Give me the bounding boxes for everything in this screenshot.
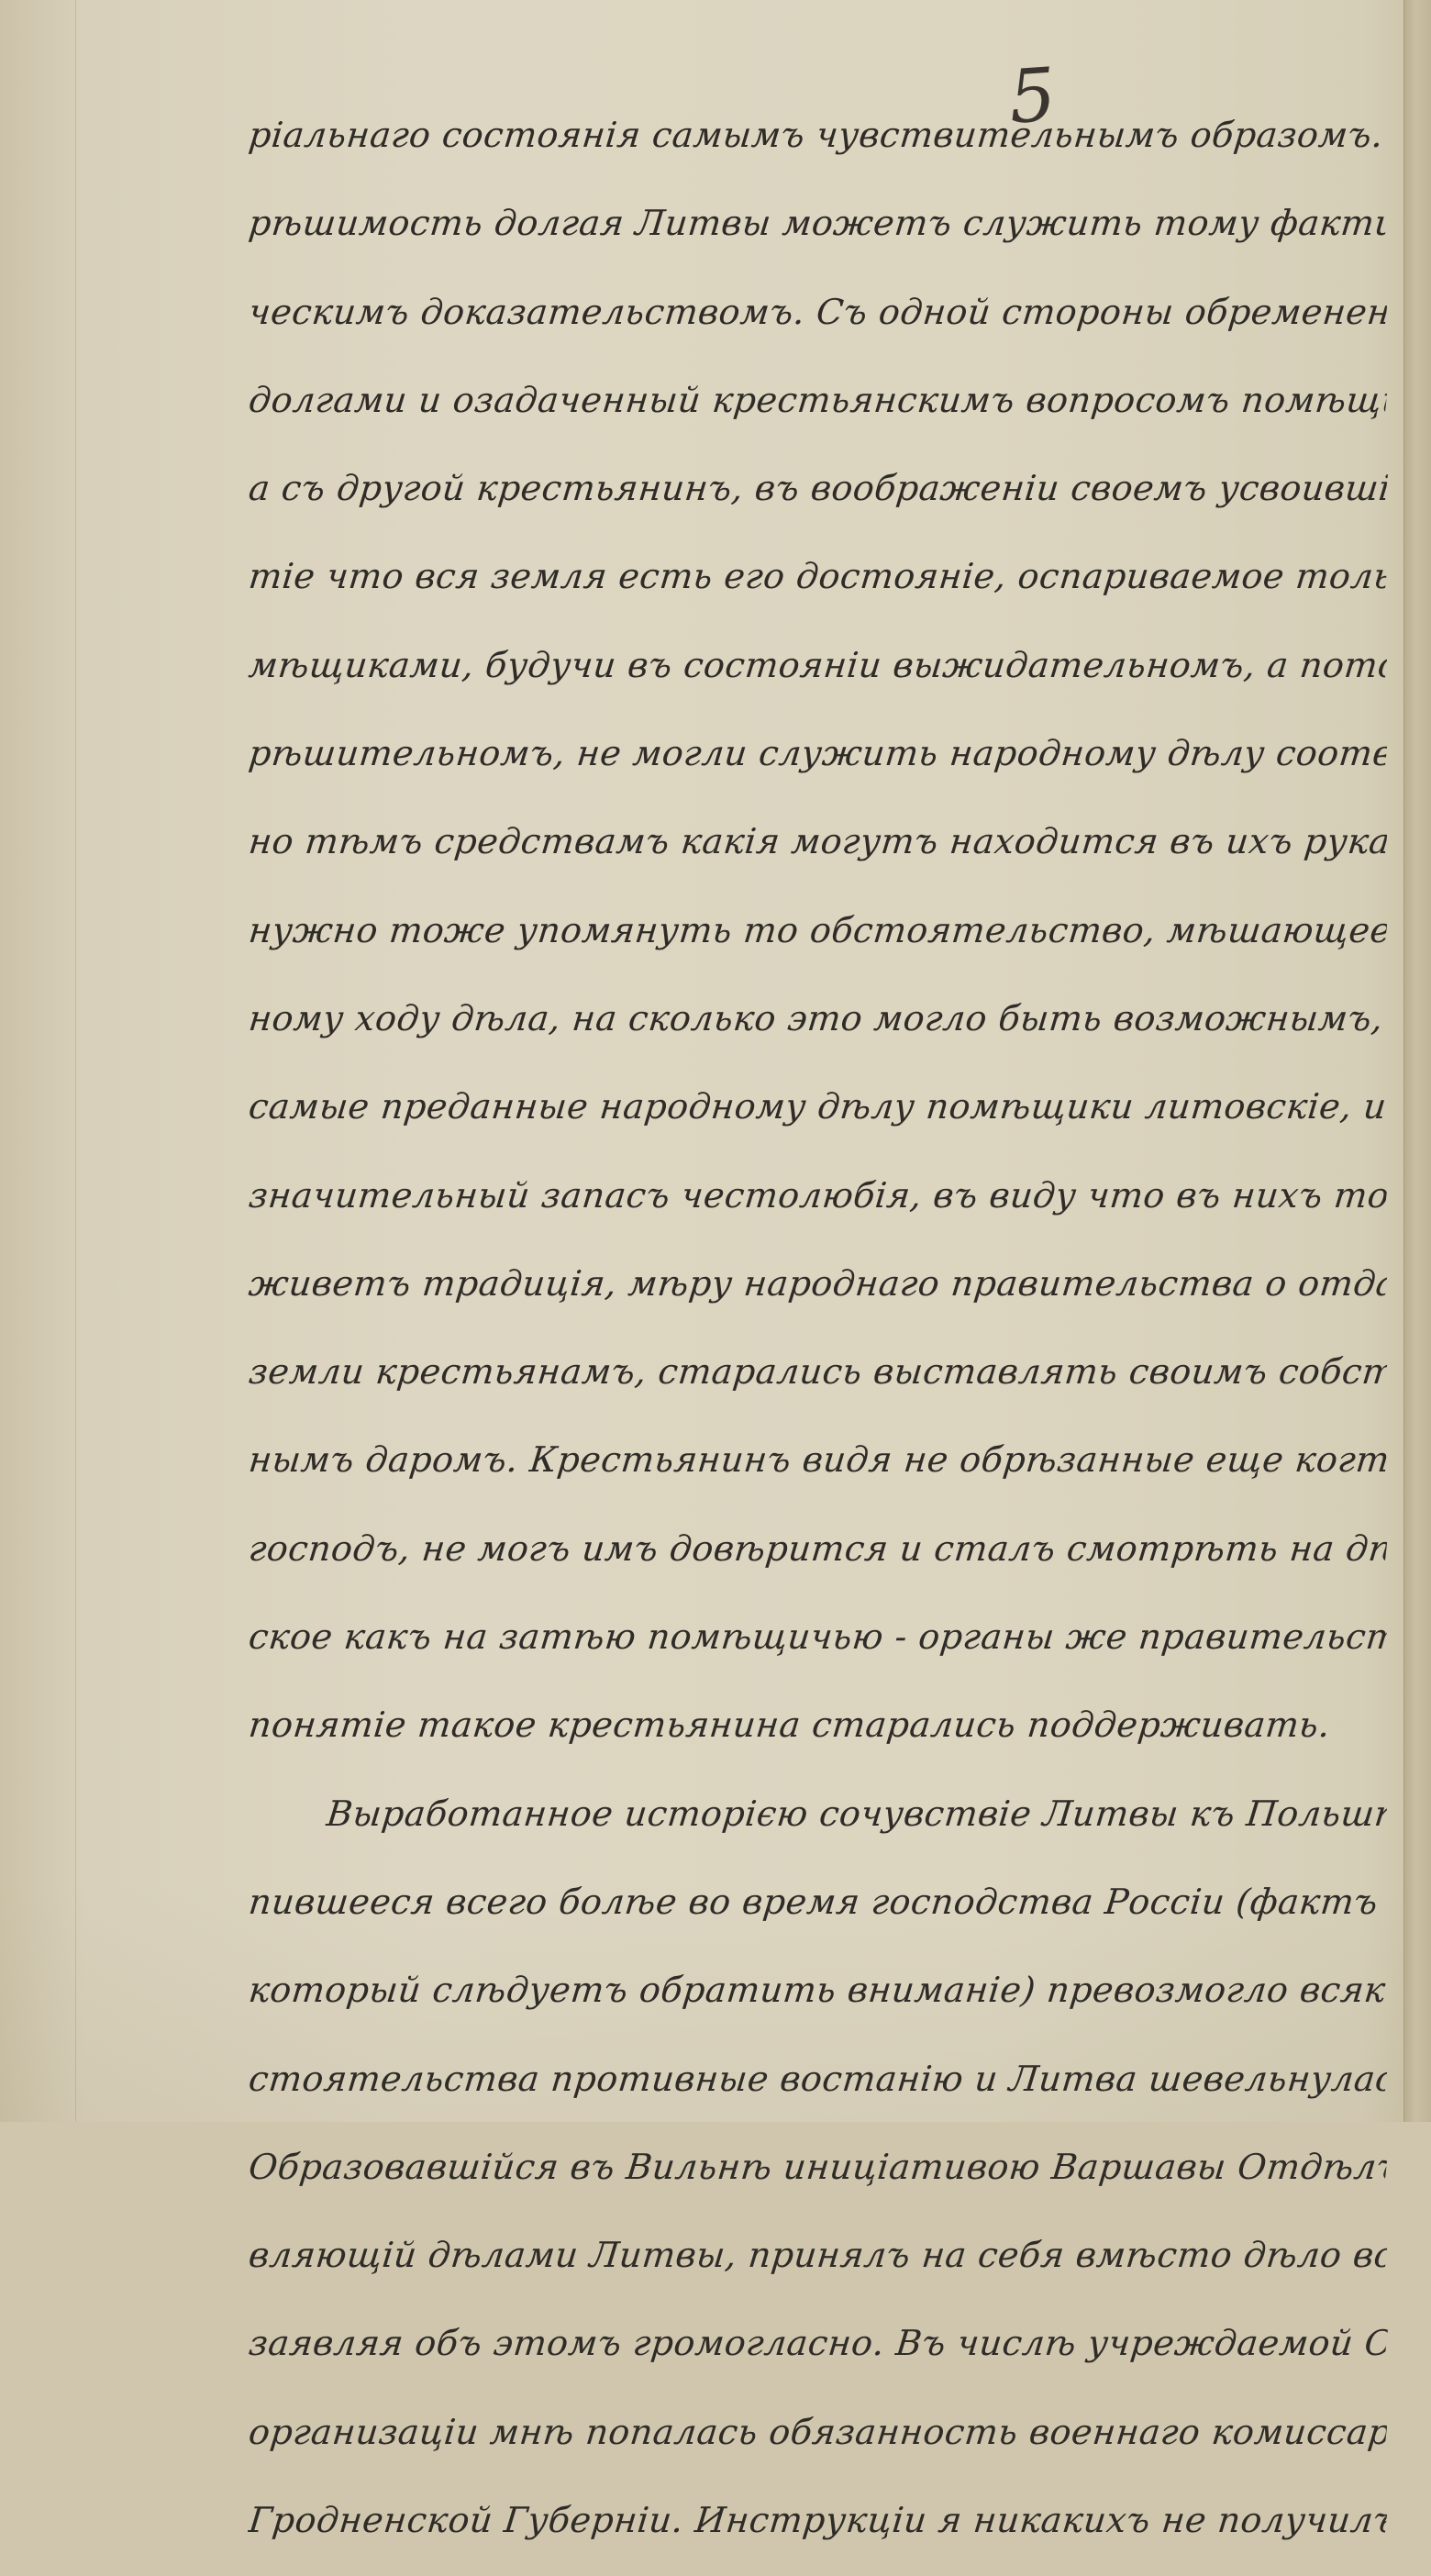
page-edge [1403, 0, 1431, 2122]
text-line: ріальнаго состоянія самымъ чувствительны… [243, 103, 1390, 191]
text-line: самые преданные народному дѣлу помѣщики … [243, 1074, 1390, 1162]
margin-fold [75, 0, 76, 2122]
text-line: который слѣдуетъ обратить вниманіе) прев… [243, 1958, 1390, 2046]
text-line: рѣшимость долгая Литвы можетъ служить то… [243, 191, 1390, 279]
text-line-paragraph-end: понятіе такое крестьянина старались подд… [243, 1693, 1390, 1781]
text-line: нужно тоже упомянуть то обстоятельство, … [243, 898, 1390, 986]
text-line: живетъ традиція, мѣру народнаго правител… [243, 1251, 1390, 1339]
text-line: мѣщиками, будучи въ состояніи выжидатель… [243, 633, 1390, 721]
text-line: долгами и озадаченный крестьянскимъ вопр… [243, 368, 1390, 456]
text-line-paragraph-start: Выработанное исторією сочувствіе Литвы к… [243, 1782, 1390, 1870]
text-line: значительный запасъ честолюбія, въ виду … [243, 1163, 1390, 1251]
text-line: пившееся всего болѣе во время господства… [243, 1870, 1390, 1958]
text-line: ческимъ доказательствомъ. Съ одной сторо… [243, 280, 1390, 368]
text-line: нымъ даромъ. Крестьянинъ видя не обрѣзан… [243, 1427, 1390, 1516]
text-line: стоятельства противные востанію и Литва … [243, 2047, 1390, 2122]
text-line: земли крестьянамъ, старались выставлять … [243, 1339, 1390, 1427]
text-line: тіе что вся земля есть его достояніе, ос… [243, 544, 1390, 632]
text-line: ному ходу дѣла, на сколько это могло быт… [243, 986, 1390, 1074]
text-line: ское какъ на затѣю помѣщичью - органы же… [243, 1604, 1390, 1693]
text-line: рѣшительномъ, не могли служить народному… [243, 721, 1390, 809]
text-line: а съ другой крестьянинъ, въ воображеніи … [243, 456, 1390, 544]
text-line: господъ, не могъ имъ довѣрится и сталъ с… [243, 1516, 1390, 1604]
text-line: но тѣмъ средствамъ какія могутъ находитс… [243, 809, 1390, 897]
handwritten-text-block: ріальнаго состоянія самымъ чувствительны… [248, 103, 1403, 2122]
